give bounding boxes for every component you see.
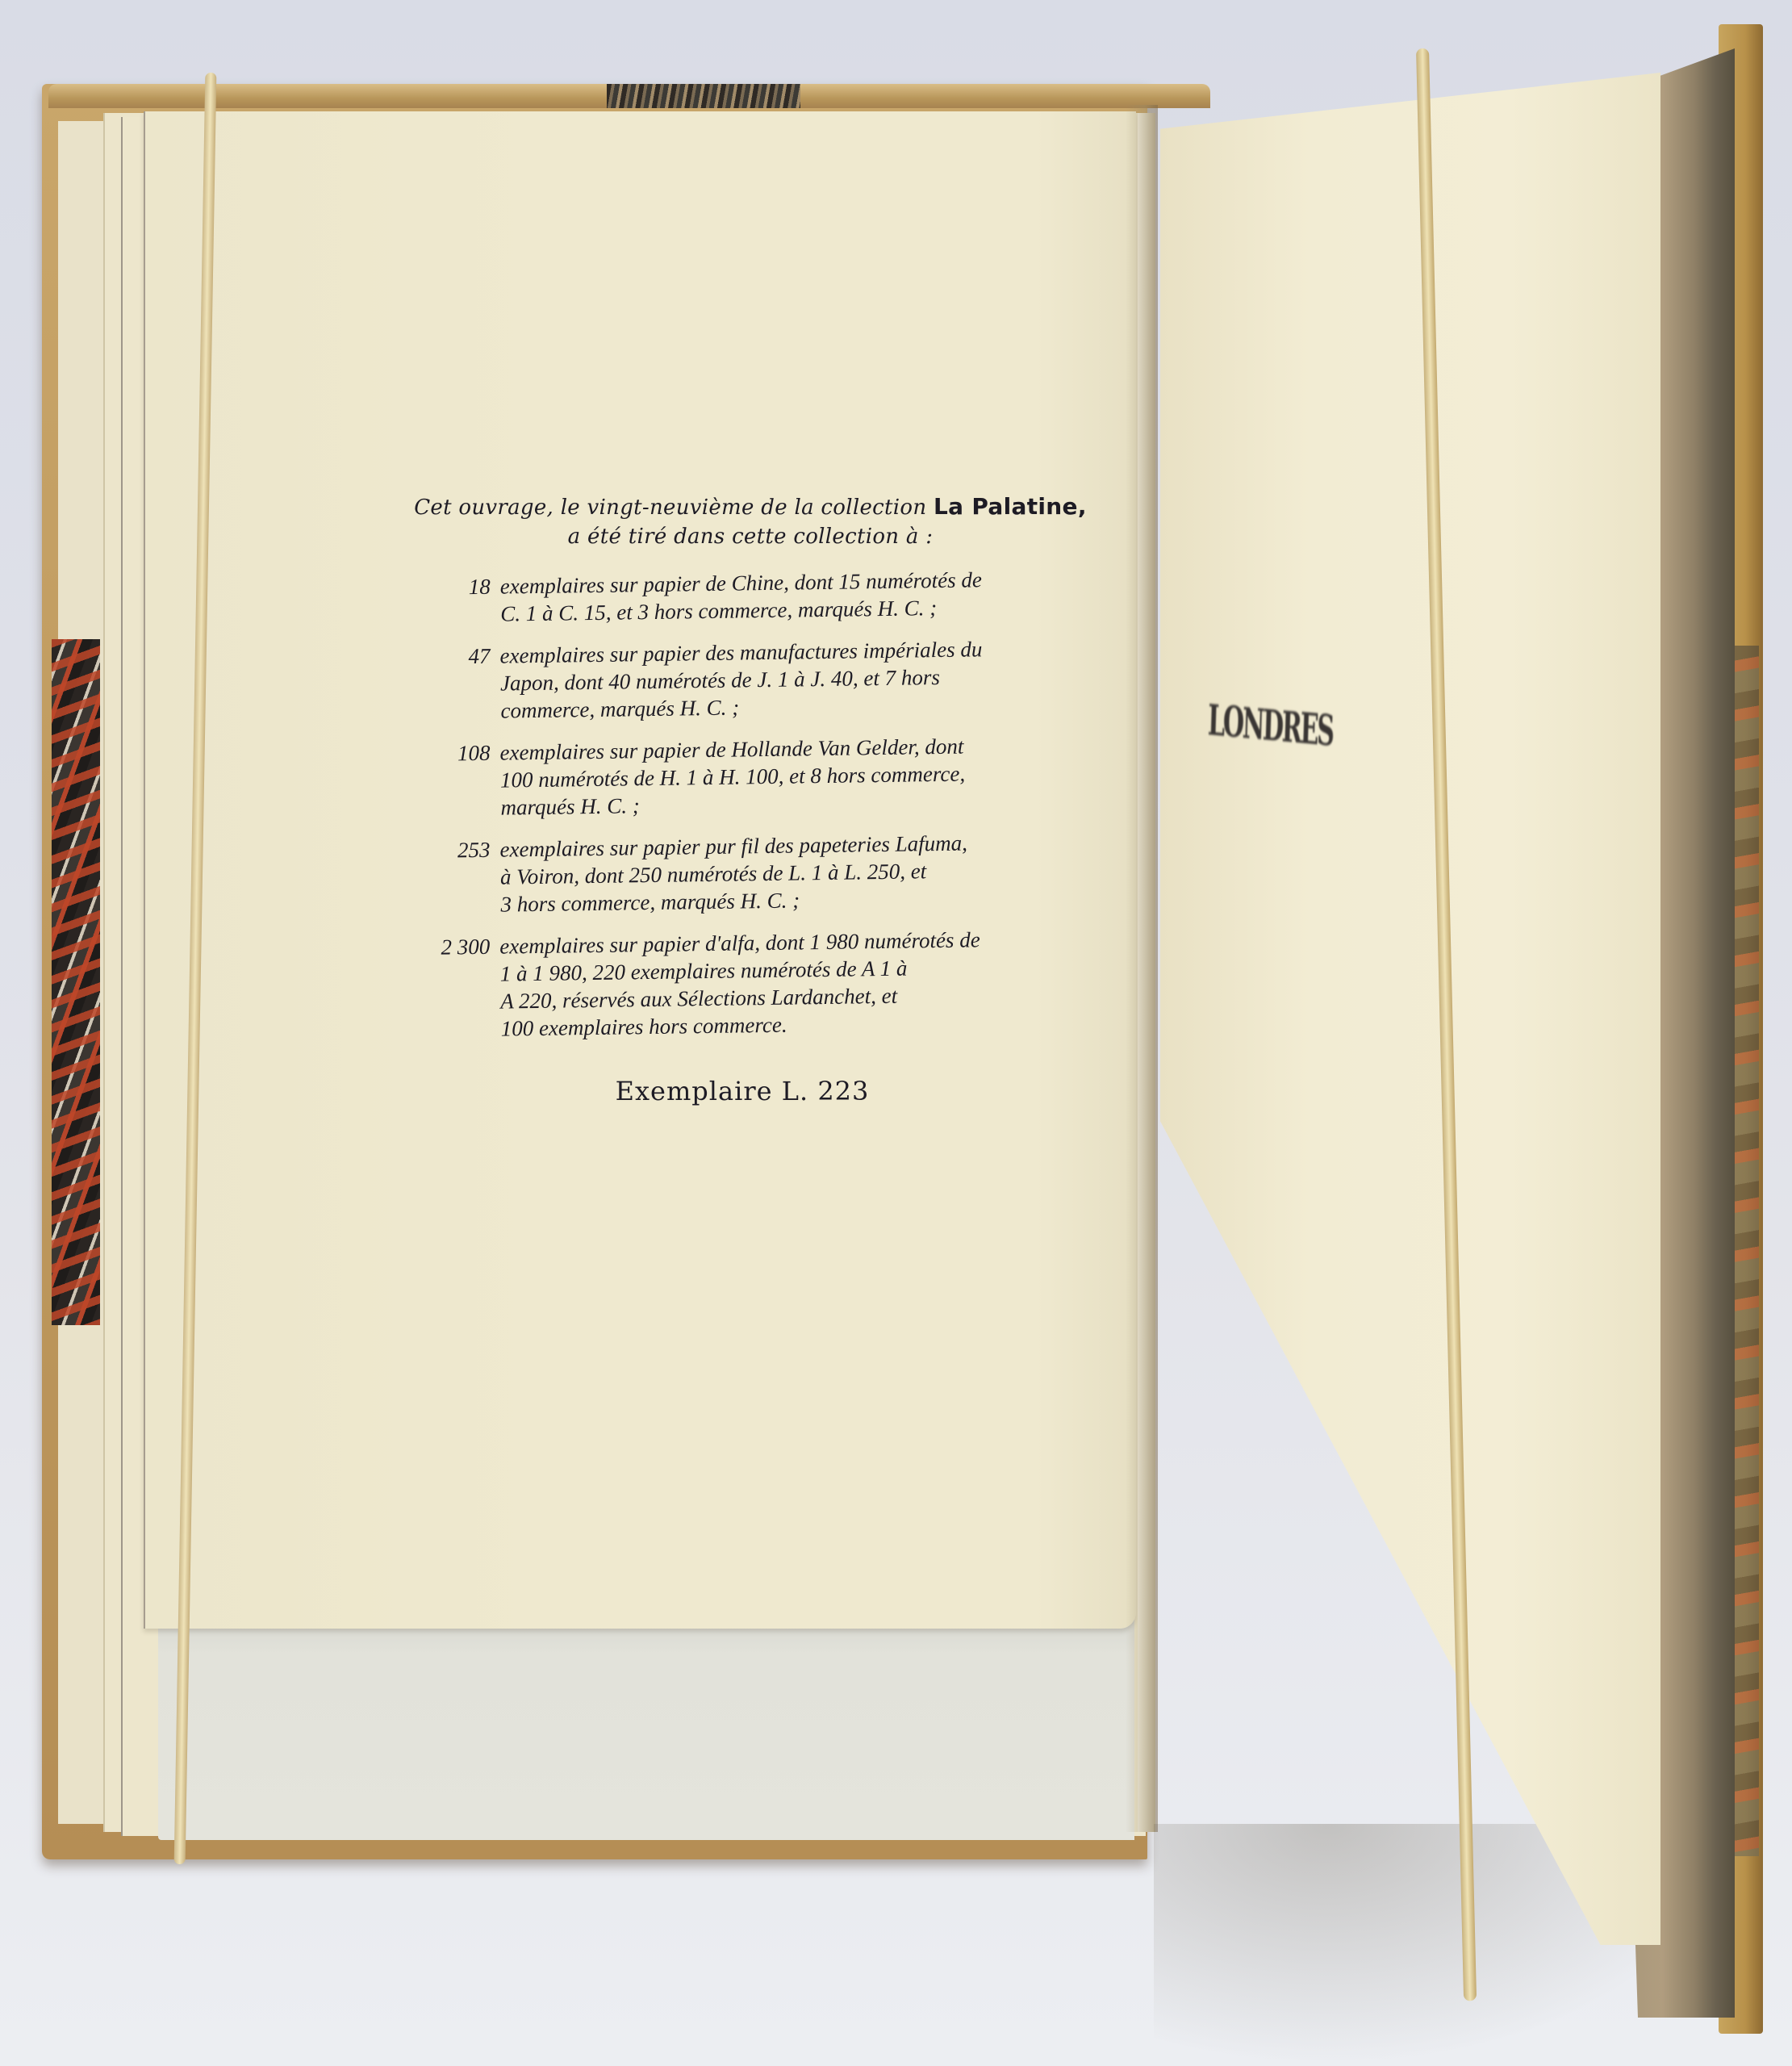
intro-line-2: a été tiré dans cette collection à : (403, 522, 1097, 551)
edition-count: 47 (419, 642, 500, 726)
intro-prefix: Cet ouvrage, le vingt-neuvième de la col… (414, 496, 926, 520)
edition-count: 108 (419, 739, 500, 822)
edition-count: 253 (419, 836, 500, 919)
edition-count: 18 (420, 573, 501, 629)
edition-entry-lafuma: 253 exemplaires sur papier pur fil des p… (419, 827, 1097, 919)
edition-description: exemplaires sur papier pur fil des papet… (499, 828, 1065, 918)
edition-description: exemplaires sur papier d'alfa, dont 1 98… (499, 925, 1066, 1043)
edition-count: 2 300 (419, 933, 501, 1043)
limitation-statement: Cet ouvrage, le vingt-neuvième de la col… (403, 492, 1097, 1106)
gutter-shadow (1126, 105, 1158, 1832)
collection-name: La Palatine, (934, 493, 1087, 520)
edition-description: exemplaires sur papier de Chine, dont 15… (500, 565, 1066, 628)
edition-entry-japon: 47 exemplaires sur papier des manufactur… (419, 634, 1097, 726)
edition-entry-chine: 18 exemplaires sur papier de Chine, dont… (420, 564, 1098, 629)
colophon-intro: Cet ouvrage, le vingt-neuvième de la col… (403, 492, 1097, 551)
title-page (1160, 73, 1660, 1945)
edition-entry-hollande: 108 exemplaires sur papier de Hollande V… (419, 730, 1097, 822)
marbled-paper-strip (52, 639, 100, 1325)
edition-description: exemplaires sur papier de Hollande Van G… (499, 731, 1065, 822)
edition-description: exemplaires sur papier des manufactures … (499, 634, 1065, 725)
edition-entry-alfa: 2 300 exemplaires sur papier d'alfa, don… (419, 924, 1098, 1043)
edition-list: 18 exemplaires sur papier de Chine, dont… (420, 574, 1097, 1043)
gray-interleaf-sheet (158, 1606, 1134, 1840)
spine-marbled-top (607, 84, 800, 108)
copy-number: Exemplaire L. 223 (387, 1076, 1097, 1106)
intro-line-1: Cet ouvrage, le vingt-neuvième de la col… (403, 492, 1097, 522)
